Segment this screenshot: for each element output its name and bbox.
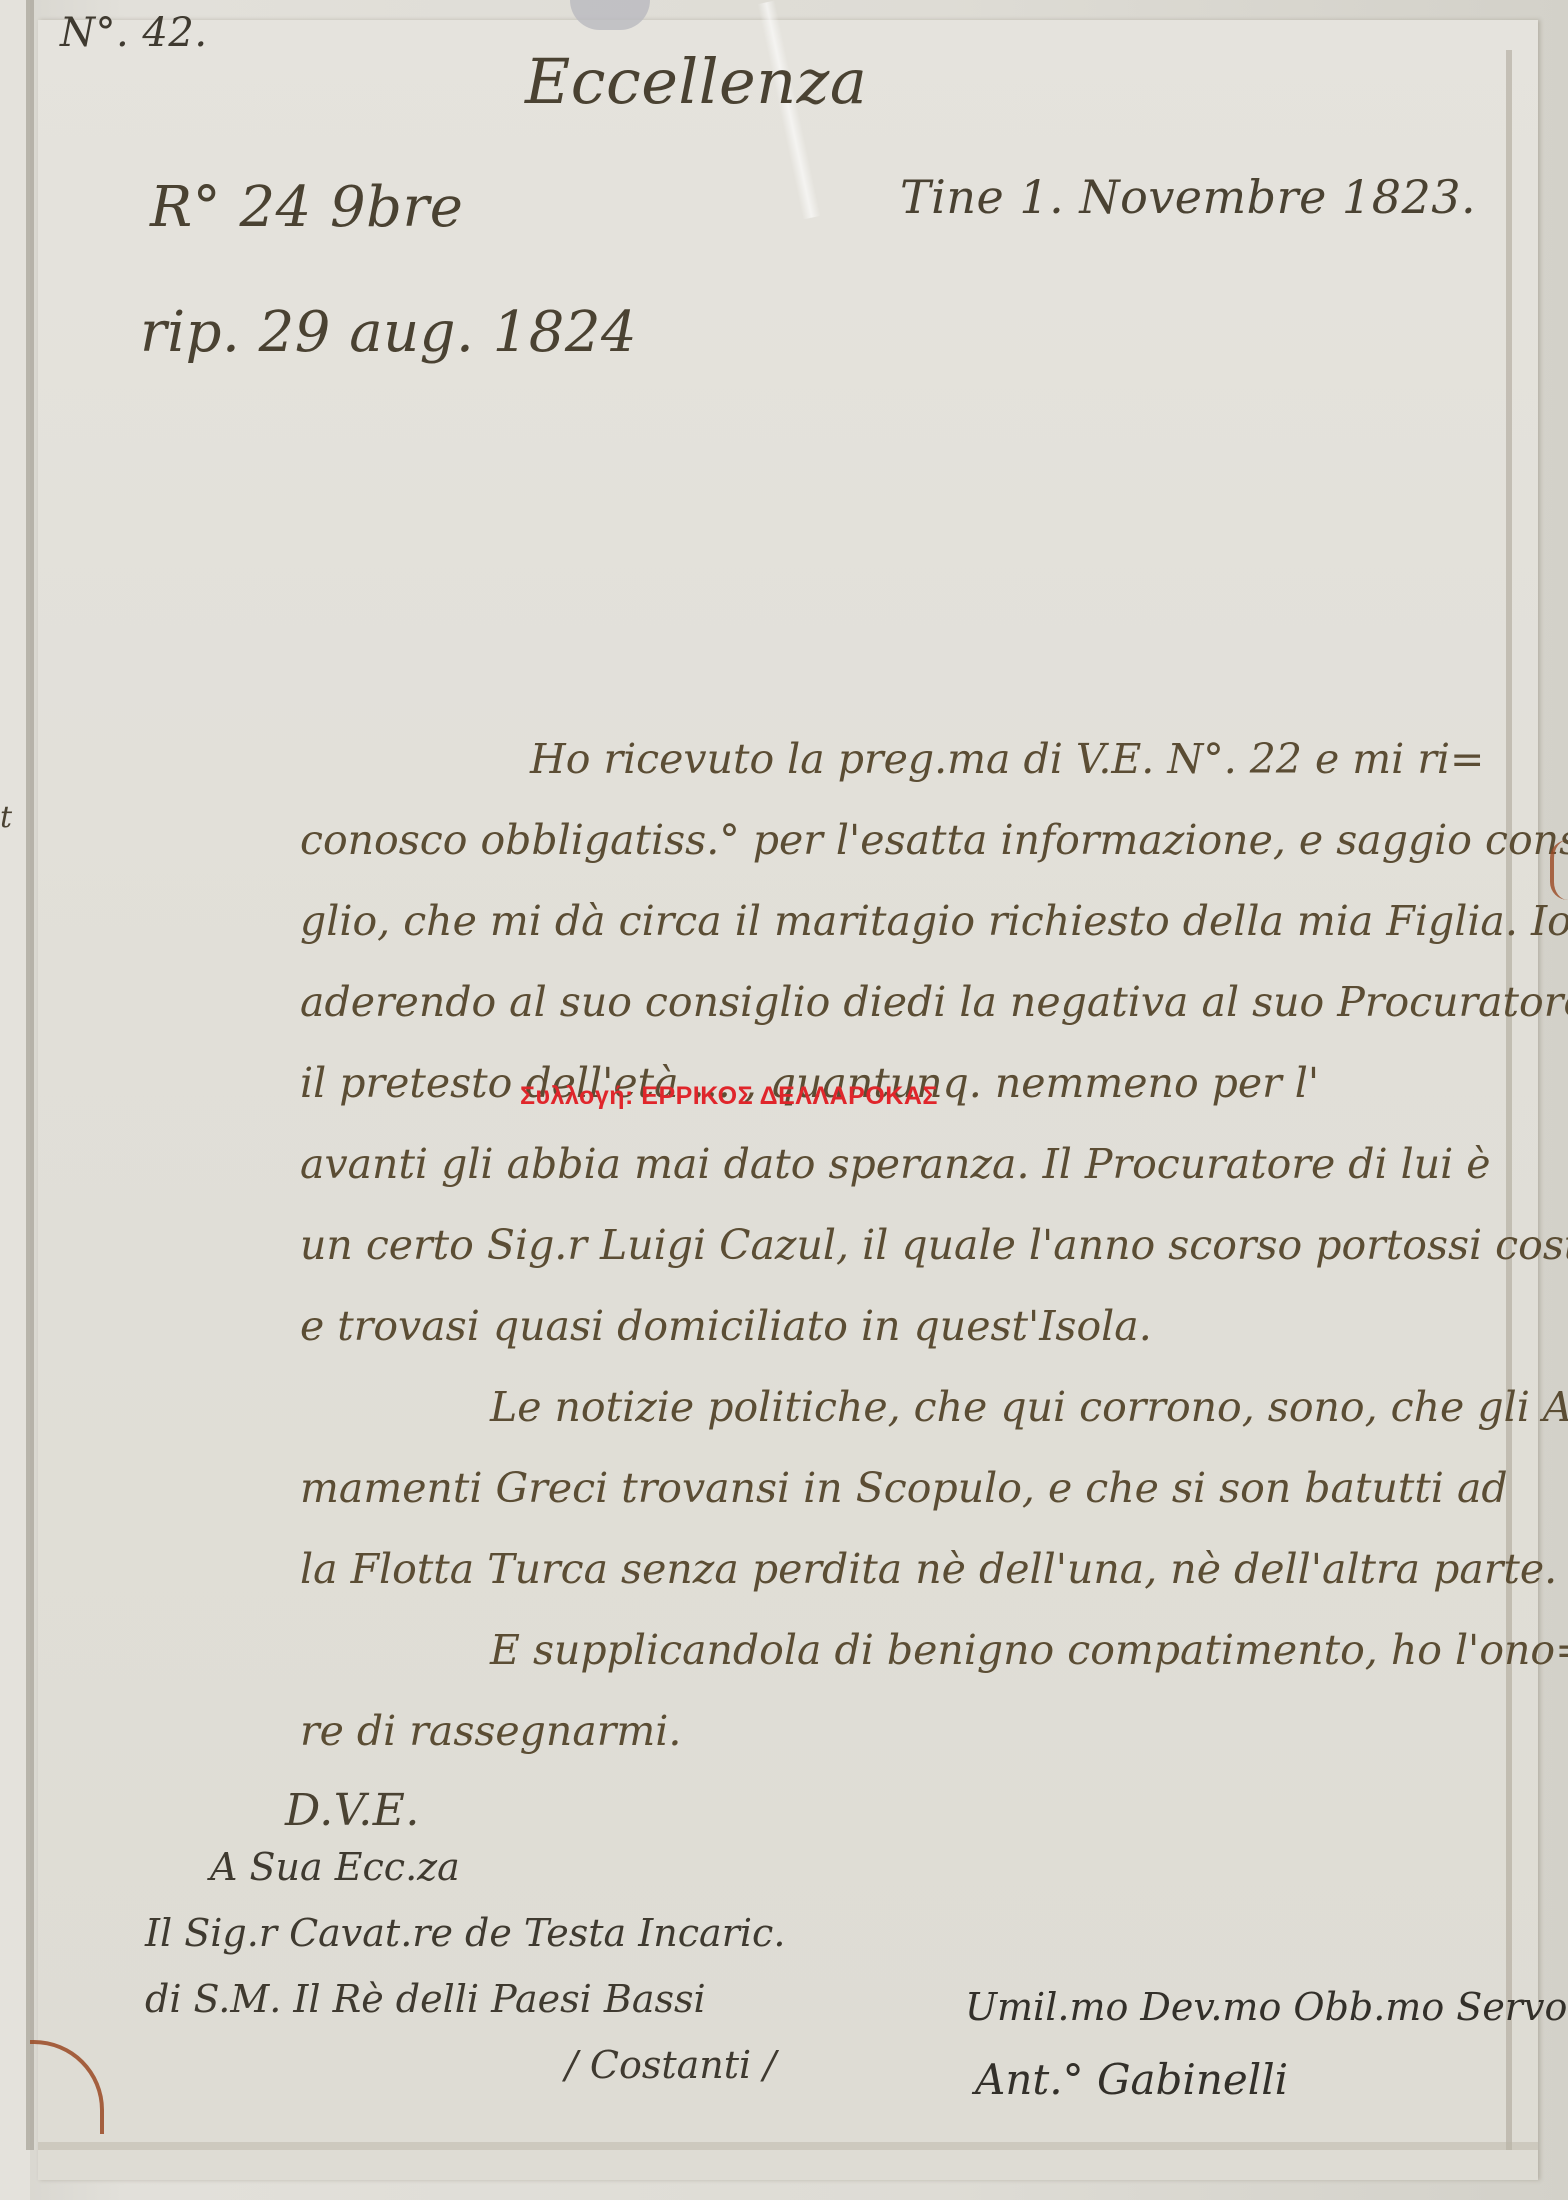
letter-body: Ho ricevuto la preg.ma di V.E. N°. 22 e … bbox=[300, 735, 1530, 1788]
signature-closing: Umil.mo Dev.mo Obb.mo Servo bbox=[965, 1985, 1567, 2055]
body-line: avanti gli abbia mai dato speranza. Il P… bbox=[300, 1140, 1530, 1221]
signature-block: Umil.mo Dev.mo Obb.mo Servo Ant.° Gabine… bbox=[965, 1985, 1567, 2125]
addressee-line: Il Sig.r Cavat.re de Testa Incaric. bbox=[145, 1911, 785, 1977]
body-line: E supplicandola di benigno compatimento,… bbox=[300, 1626, 1530, 1707]
body-line: aderendo al suo consiglio diedi la negat… bbox=[300, 978, 1530, 1059]
addressee-line: di S.M. Il Rè delli Paesi Bassi bbox=[145, 1977, 785, 2043]
margin-fragment-text: t bbox=[0, 800, 12, 835]
salutation: Eccellenza bbox=[525, 45, 867, 118]
rust-stain-right bbox=[1550, 840, 1568, 900]
body-line: mamenti Greci trovansi in Scopulo, e che… bbox=[300, 1464, 1530, 1545]
body-line: e trovasi quasi domiciliato in quest'Iso… bbox=[300, 1302, 1530, 1383]
sheet-bottom-fold bbox=[38, 2142, 1538, 2150]
place-date: Tine 1. Novembre 1823. bbox=[900, 170, 1476, 224]
closing-abbreviation: D.V.E. bbox=[285, 1785, 420, 1836]
body-line: un certo Sig.r Luigi Cazul, il quale l'a… bbox=[300, 1221, 1530, 1302]
reference-number: N°. 42. bbox=[60, 10, 208, 56]
addressee-line: A Sua Ecc.za bbox=[145, 1845, 785, 1911]
receipt-annotation-line2: rip. 29 aug. 1824 bbox=[140, 300, 637, 365]
receipt-annotation-line1: R° 24 9bre bbox=[150, 175, 463, 240]
body-line: Ho ricevuto la preg.ma di V.E. N°. 22 e … bbox=[300, 735, 1530, 816]
body-line: re di rassegnarmi. bbox=[300, 1707, 1530, 1788]
body-line: Le notizie politiche, che qui corrono, s… bbox=[300, 1383, 1530, 1464]
signature-name: Ant.° Gabinelli bbox=[965, 2055, 1567, 2125]
body-line: conosco obbligatiss.° per l'esatta infor… bbox=[300, 816, 1530, 897]
body-line: glio, che mi dà circa il maritagio richi… bbox=[300, 897, 1530, 978]
body-line: la Flotta Turca senza perdita nè dell'un… bbox=[300, 1545, 1530, 1626]
collection-watermark: Συλλογή: ΕΡΡΙΚΟΣ ΔΕΛΛΑΡΟΚΑΣ bbox=[520, 1082, 938, 1111]
binding-edge bbox=[26, 0, 34, 2150]
addressee-block: A Sua Ecc.za Il Sig.r Cavat.re de Testa … bbox=[145, 1845, 785, 2109]
addressee-location: / Costanti / bbox=[145, 2043, 785, 2109]
